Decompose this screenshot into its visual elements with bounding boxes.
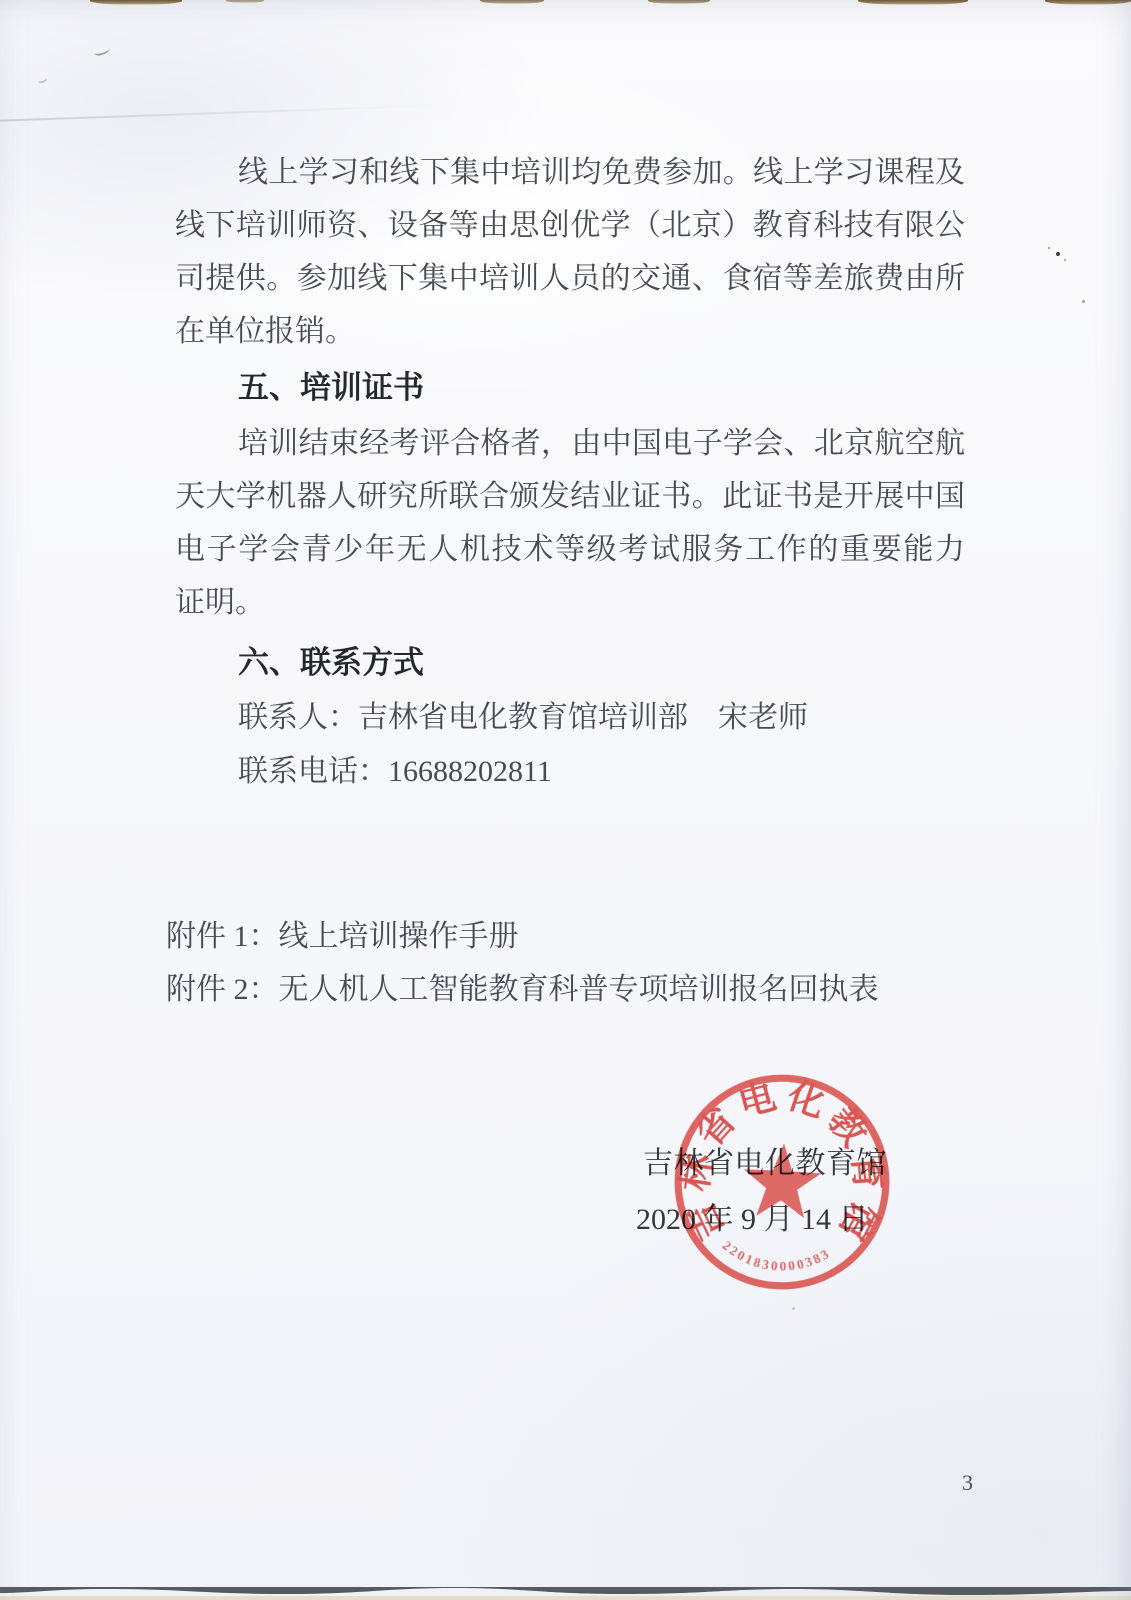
- section-heading-certificate: 五、培训证书: [238, 361, 424, 414]
- pencil-mark: [93, 44, 111, 56]
- section-heading-contact: 六、联系方式: [238, 636, 424, 689]
- text-line: 培训结束经考评合格者，由中国电子学会、北京航空航: [175, 417, 965, 470]
- attachment-2-line: 附件 2：无人机人工智能教育科普专项培训报名回执表: [166, 963, 879, 1016]
- scan-top-edge: [226, 0, 264, 3]
- text-line: 证明。: [175, 576, 965, 629]
- text-line: 在单位报销。: [175, 305, 965, 358]
- paper-crease: [0, 104, 440, 121]
- attachment-1-line: 附件 1：线上培训操作手册: [166, 910, 879, 963]
- paragraph-certificate: 培训结束经考评合格者，由中国电子学会、北京航空航 天大学机器人研究所联合颁发结业…: [175, 417, 965, 629]
- paragraph-training-fees: 线上学习和线下集中培训均免费参加。线上学习课程及 线下培训师资、设备等由思创优学…: [175, 146, 965, 358]
- text-line: 线上学习和线下集中培训均免费参加。线上学习课程及: [175, 146, 965, 199]
- scan-top-edge: [1045, 0, 1131, 5]
- text-line: 电子学会青少年无人机技术等级考试服务工作的重要能力: [175, 523, 965, 576]
- ink-speck: [1064, 259, 1066, 261]
- contact-person-line: 联系人：吉林省电化教育馆培训部 宋老师: [238, 691, 808, 745]
- text-line: 司提供。参加线下集中培训人员的交通、食宿等差旅费由所: [175, 252, 965, 305]
- scan-top-edge: [858, 0, 968, 5]
- official-seal: 吉林省电化教育馆 2201830000383: [664, 1064, 899, 1299]
- contact-phone-line: 联系电话：16688202811: [238, 745, 808, 799]
- scan-top-edge: [90, 0, 182, 5]
- page-number: 3: [962, 1470, 973, 1496]
- scan-top-edge: [480, 0, 544, 4]
- ink-speck: [792, 1307, 795, 1310]
- seal-serial: 2201830000383: [718, 1237, 834, 1276]
- star-icon: [742, 1141, 823, 1219]
- scan-top-edge: [648, 0, 710, 4]
- pencil-mark: [37, 75, 47, 84]
- ink-speck: [1082, 300, 1085, 303]
- text-line: 天大学机器人研究所联合颁发结业证书。此证书是开展中国: [175, 470, 965, 523]
- contact-info: 联系人：吉林省电化教育馆培训部 宋老师 联系电话：16688202811: [238, 691, 808, 799]
- attachments-list: 附件 1：线上培训操作手册 附件 2：无人机人工智能教育科普专项培训报名回执表: [166, 910, 879, 1016]
- scan-bottom-edge: [0, 1584, 1131, 1600]
- scanned-document-page: 线上学习和线下集中培训均免费参加。线上学习课程及 线下培训师资、设备等由思创优学…: [0, 0, 1131, 1600]
- ink-speck: [1048, 247, 1050, 249]
- ink-speck: [1056, 252, 1060, 256]
- text-line: 线下培训师资、设备等由思创优学（北京）教育科技有限公: [175, 199, 965, 252]
